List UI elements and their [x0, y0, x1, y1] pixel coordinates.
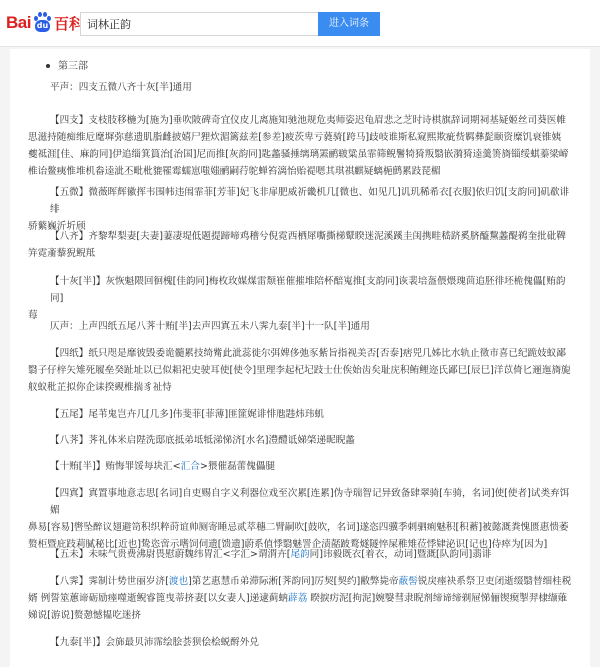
- para-line: 【十灰[半]】灰恢魁隈回徊槐[佳韵同]梅枚玫媒煤雷颓崔催摧堆陪杯醅嵬推[支韵同]…: [28, 273, 576, 307]
- paragraph-wuwei3: 【五未】未味气贵费沸尉畏慰蔚魏纬胃汇<字汇>谓渭卉[尾韵同]讳毅既衣[着衣，动词…: [28, 546, 576, 563]
- para-line: 笄霓齑藜猊鲵羝: [28, 245, 576, 262]
- baidu-baike-logo[interactable]: Bai du 百科: [6, 10, 84, 36]
- para-line: 【八荠】荠礼体米启陛洗邸底抵弟坻牴涕悌济[水名]澧醴诋娣棨递昵睨蠡: [28, 432, 576, 449]
- para-line: 【五微】微薇晖辉徽挥韦围帏违闱霏菲[芳菲]妃飞非扉肥威祈畿机几[微也、如见几]讥…: [28, 184, 576, 218]
- link-bili[interactable]: 薜荔: [288, 593, 307, 604]
- paragraph-sizhi: 【四支】支枝肢移椸为[施为]垂吹陂碑奇宜仪皮儿离施知驰池规危夷师姿迟龟眉悲之芝时…: [28, 112, 576, 180]
- logo-bai-text: Bai: [6, 13, 31, 33]
- ping-heading: 平声：四支五微八齐十灰[半]通用: [50, 79, 192, 96]
- paragraph-sizhi3: 【四寘】寘置事地意志思[名词]自吏赐自字义利器位戏至次累[连累]伪寺瑞智记异致备…: [28, 485, 576, 553]
- paragraph-baqi: 【八齐】齐黎犁梨妻[夫妻]萋凄堤低题提蹄啼鸡稽兮倪霓西栖犀嘶撕梯鼙睽迷泥溪蹊圭闺…: [28, 228, 576, 262]
- para-line: 【四寘】寘置事地意志思[名词]自吏赐自字义利器位戏至次累[连累]伪寺瑞智记异致备…: [28, 485, 576, 519]
- para-line: 【八齐】齐黎犁梨妻[夫妻]萋凄堤低题提蹄啼鸡稽兮倪霓西栖犀嘶撕梯鼙睽迷泥溪蹊圭闺…: [28, 228, 576, 245]
- ze-heading: 仄声：上声四纸五尾八荠十贿[半]去声四寘五未八霁九泰[半]十一队[半]通用: [50, 318, 370, 335]
- para-line: 椎诒鳌痍惟堆机畚逵泚丕毗枇貔罹霉蠕崽嗤媸鹂嗣荇鸵蝉笞漓怡贻褆嗯其琪祺麒疑螭梔鹧累…: [28, 163, 576, 180]
- top-header: Bai du 百科 × 进入词条: [0, 0, 600, 47]
- bullet-icon: [46, 64, 50, 68]
- para-line: 【八霁】霁制计势世丽岁济[渡也]第艺惠慧币弟滞际淅[荠韵同]厉契[契约]敝弊毙帝…: [28, 573, 576, 590]
- para-line: 舣蚁秕芷拟你企诔揆觋椎揣豸祉恃: [28, 379, 576, 396]
- para-line: 婿 例誓筮蕙谛砺励瘗噬逝鲵睿篦曳蒂挤妻[以女妻人]递逮蓟蚋薜荔 睽捩疠泥[拘泥]…: [28, 590, 576, 607]
- link-duye[interactable]: 渡也: [169, 576, 188, 587]
- link-weiyun[interactable]: 尾韵: [290, 549, 309, 560]
- logo-du-text: du: [35, 20, 50, 32]
- article-content: 第三部 平声：四支五微八齐十灰[半]通用 【四支】支枝肢移椸为[施为]垂吹陂碑奇…: [10, 49, 590, 667]
- para-line: 思滋持随痴维卮麾墀弥慈遗肌脂雌披嬉尸狸炊湄篱兹差[参差]疲茨卑亏蕤骑[跨马]歧岐…: [28, 129, 576, 146]
- link-huihe[interactable]: 汇合: [181, 461, 200, 472]
- para-line: 夔祗涯[佳、麻韵同]伊追缁箕篔治[治国]尼而推[灰韵同]匙蠡骚捶缡璃罴鹂皲粱虽霏…: [28, 146, 576, 163]
- para-line: 【四支】支枝肢移椸为[施为]垂吹陂碑奇宜仪皮儿离施知驰池规危夷师姿迟龟眉悲之芝时…: [28, 112, 576, 129]
- para-line: 【十贿[半]】贿悔罪馁每块汇<汇合>猥催磊蕾傀儡腿: [28, 458, 576, 475]
- section-bullet: 第三部: [46, 57, 88, 72]
- para-line: 【九泰[半]】会旆最贝沛霈绘脍荟狈侩桧蜕酹外兑: [28, 634, 576, 651]
- section-title: 第三部: [58, 61, 88, 72]
- search-input[interactable]: [81, 13, 341, 35]
- paragraph-sizhi2: 【四纸】纸只咫是靡彼毁委诡髓累技绮觜此泚蕊徙尔弭婢侈弛豕紫旨指视美否[否泰]痞兕…: [28, 345, 576, 396]
- para-line: 【五未】未味气贵费沸尉畏慰蔚魏纬胃汇<字汇>谓渭卉[尾韵同]讳毅既衣[着衣，动词…: [28, 546, 576, 563]
- para-line: 鼻易[容易]辔坠醉议翅避笥积织粹莳谊帅厕寄睡忌贰萃穗二臂嗣吹[鼓吹，名词]遂恣四…: [28, 519, 576, 536]
- link-bi[interactable]: 蔽髻: [399, 576, 418, 587]
- paw-icon: du: [32, 12, 52, 34]
- paragraph-shihui: 【十灰[半]】灰恢魁隈回徊槐[佳韵同]梅枚玫媒煤雷颓崔催摧堆陪杯醅嵬推[支韵同]…: [28, 273, 576, 324]
- para-line: 【五尾】尾苇鬼岂卉几[几多]伟斐菲[菲薄]匪篚娓诽悱虺韪炜玮虮: [28, 406, 576, 423]
- para-line: 翳子仔梓矢雉死履垒癸趾址以已似耜祀史驶耳使[使令]里理李起杞圮跂士仕俟始齿矣耻庑…: [28, 362, 576, 379]
- para-line: 娣说[游说]赘憩憾韫吃迷挤: [28, 607, 576, 624]
- paragraph-shihui2: 【十贿[半]】贿悔罪馁每块汇<汇合>猥催磊蕾傀儡腿: [28, 458, 576, 475]
- paragraph-wuwei2: 【五尾】尾苇鬼岂卉几[几多]伟斐菲[菲薄]匪篚娓诽悱虺韪炜玮虮: [28, 406, 576, 423]
- paragraph-jiutai: 【九泰[半]】会旆最贝沛霈绘脍荟狈侩桧蜕酹外兑: [28, 634, 576, 651]
- enter-entry-button[interactable]: 进入词条: [318, 12, 380, 36]
- para-line: 【四纸】纸只咫是靡彼毁委诡髓累技绮觜此泚蕊徙尔弭婢侈弛豕紫旨指视美否[否泰]痞兕…: [28, 345, 576, 362]
- paragraph-baji: 【八霁】霁制计势世丽岁济[渡也]第艺惠慧币弟滞际淅[荠韵同]厉契[契约]敝弊毙帝…: [28, 573, 576, 624]
- paragraph-baqi2: 【八荠】荠礼体米启陛洗邸底抵弟坻牴涕悌济[水名]澧醴诋娣棨递昵睨蠡: [28, 432, 576, 449]
